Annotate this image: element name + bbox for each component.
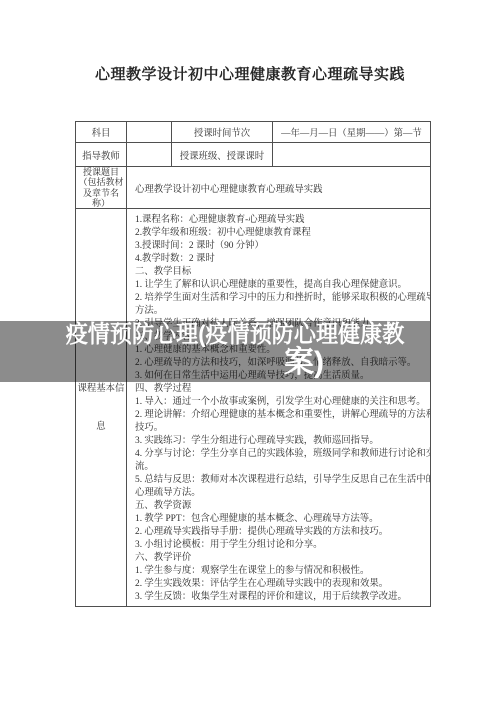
table-row-teacher: 指导教师 授课班级、授课课时: [76, 143, 430, 167]
course-info-line: 3. 实践练习：学生分组进行心理疏导实践，教师巡回指导。: [135, 435, 430, 448]
class-time-label-cell: 授课时间节次: [172, 122, 273, 142]
course-info-line: 六、教学评价: [135, 552, 430, 565]
course-info-line: 四、教学过程: [135, 383, 430, 396]
course-info-line: 4.教学时数：2 课时: [135, 253, 430, 266]
course-info-line: 2. 学生实践效果：评估学生在心理疏导实践中的表现和效果。: [135, 578, 430, 591]
table-row-course-info: 课程基本信息 1.课程名称：心理健康教育-心理疏导实践2.教学年级和班级：初中心…: [76, 209, 430, 606]
page-title: 心理教学设计初中心理健康教育心理疏导实践: [0, 63, 500, 84]
watermark-band: [0, 321, 430, 382]
course-info-line: 技巧。: [135, 422, 430, 435]
teacher-value-cell: [127, 143, 172, 166]
subject-label-cell: 科目: [76, 122, 127, 142]
topic-label-cell: 授课题目（包括教材及章节名称）: [76, 167, 127, 208]
table-row-topic: 授课题目（包括教材及章节名称） 心理教学设计初中心理健康教育心理疏导实践: [76, 167, 430, 209]
course-info-line: 流。: [135, 461, 430, 474]
class-group-label-cell: 授课班级、授课课时: [172, 143, 273, 166]
table-row-subject: 科目 授课时间节次 —年—月—日（星期——）第—节: [76, 122, 430, 143]
course-info-line: 2. 培养学生面对生活和学习中的压力和挫折时，能够采取积极的心理疏导: [135, 292, 430, 305]
course-info-line: 1. 让学生了解和认识心理健康的重要性，提高自我心理保健意识。: [135, 279, 430, 292]
course-info-label-line: 息: [96, 408, 105, 446]
course-info-line: 3.授课时间：2 课时（90 分钟）: [135, 240, 430, 253]
topic-label-line: （包括教材: [78, 177, 123, 187]
course-info-line: 5. 总结与反思：教师对本次课程进行总结，引导学生反思自己在生活中的: [135, 474, 430, 487]
course-info-line: 3. 小组讨论模板：用于学生分组讨论和分享。: [135, 539, 430, 552]
course-info-label-cell: 课程基本信息: [76, 209, 127, 606]
course-info-line: 2. 理论讲解：介绍心理健康的基本概念和重要性，讲解心理疏导的方法和: [135, 409, 430, 422]
course-info-line: 五、教学资源: [135, 500, 430, 513]
topic-value-cell: 心理教学设计初中心理健康教育心理疏导实践: [127, 167, 430, 208]
course-info-line: 2.教学年级和班级：初中心理健康教育课程: [135, 227, 430, 240]
course-info-line: 1. 教学 PPT：包含心理健康的基本概念、心理疏导方法等。: [135, 513, 430, 526]
course-info-line: 1. 学生参与度：观察学生在课堂上的参与情况和积极性。: [135, 565, 430, 578]
topic-label-line: 及章节名: [83, 188, 119, 198]
teacher-label-cell: 指导教师: [76, 143, 127, 166]
topic-label-line: 称）: [92, 198, 110, 208]
course-info-line: 二、教学目标: [135, 266, 430, 279]
course-info-line: 4. 分享与讨论：学生分享自己的实践体验，班级同学和教师进行讨论和交: [135, 448, 430, 461]
course-info-line: 心理疏导方法。: [135, 487, 430, 500]
course-info-line: 2. 心理疏导实践指导手册：提供心理疏导实践的方法和技巧。: [135, 526, 430, 539]
class-time-value-cell: —年—月—日（星期——）第—节: [273, 122, 430, 142]
course-info-content-cell: 1.课程名称：心理健康教育-心理疏导实践2.教学年级和班级：初中心理健康教育课程…: [127, 209, 430, 606]
subject-value-cell: [127, 122, 172, 142]
course-info-line: 方法。: [135, 305, 430, 318]
document-page: 心理教学设计初中心理健康教育心理疏导实践 科目 授课时间节次 —年—月—日（星期…: [0, 0, 500, 706]
course-info-line: 1. 导入：通过一个小故事或案例，引发学生对心理健康的关注和思考。: [135, 396, 430, 409]
class-group-value-cell: [273, 143, 430, 166]
course-info-line: 1.课程名称：心理健康教育-心理疏导实践: [135, 214, 430, 227]
course-info-line: 3. 学生反馈：收集学生对课程的评价和建议，用于后续教学改进。: [135, 591, 430, 604]
topic-label-line: 授课题目: [83, 167, 119, 177]
